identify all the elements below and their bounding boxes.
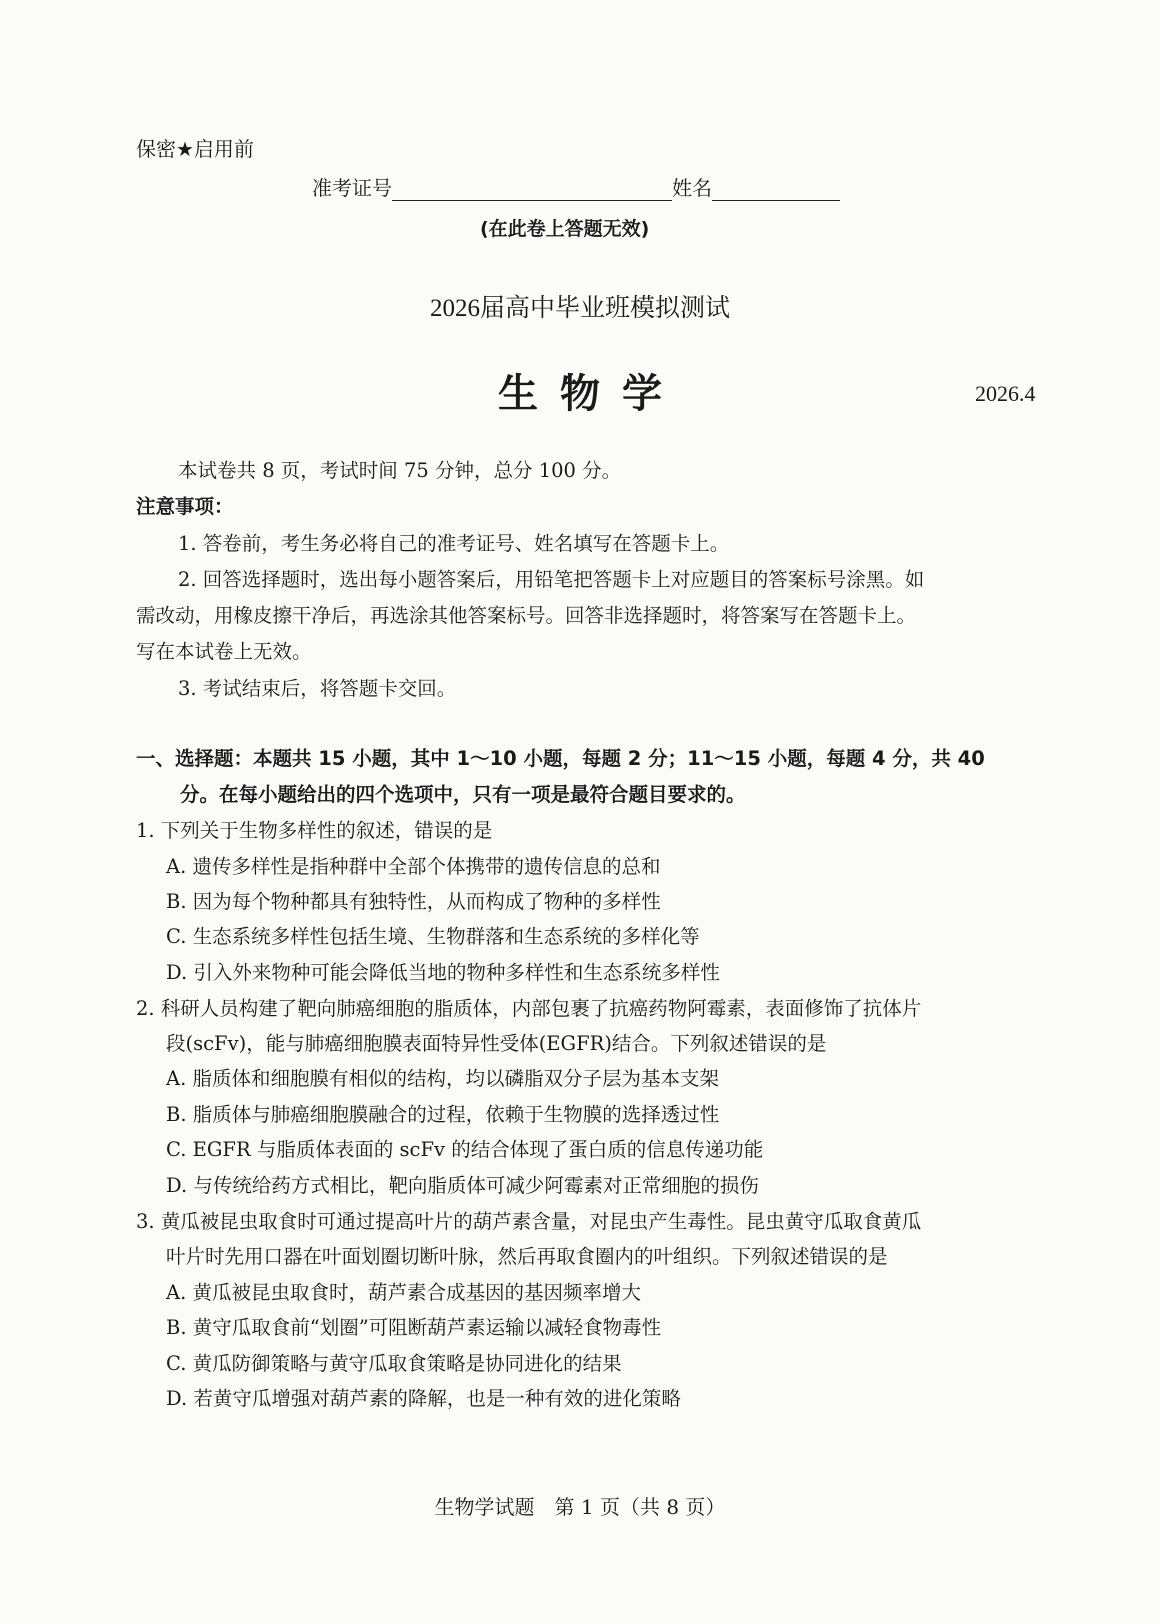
question-option: C. 生态系统多样性包括生境、生物群落和生态系统的多样化等: [166, 921, 700, 949]
section-heading-continued: 分。在每小题给出的四个选项中，只有一项是最符合题目要求的。: [180, 779, 746, 807]
exam-id-label: 准考证号: [312, 172, 392, 201]
question-option: D. 与传统给药方式相比，靶向脂质体可减少阿霉素对正常细胞的损伤: [166, 1170, 759, 1198]
question-option: A. 遗传多样性是指种群中全部个体携带的遗传信息的总和: [166, 851, 660, 879]
candidate-info-row: 准考证号 姓名: [312, 172, 840, 201]
exam-intro: 本试卷共 8 页，考试时间 75 分钟，总分 100 分。: [178, 455, 621, 483]
question-option: C. 黄瓜防御策略与黄守瓜取食策略是协同进化的结果: [166, 1348, 622, 1376]
note-item: 2. 回答选择题时，选出每小题答案后，用铅笔把答题卡上对应题目的答案标号涂黑。如: [178, 564, 924, 592]
question-option: B. 黄守瓜取食前“划圈”可阻断葫芦素运输以减轻食物毒性: [166, 1312, 661, 1340]
exam-id-blank: [392, 176, 672, 201]
question-option: B. 因为每个物种都具有独特性，从而构成了物种的多样性: [166, 886, 661, 914]
notes-heading: 注意事项：: [136, 491, 234, 519]
exam-date: 2026.4: [975, 381, 1036, 407]
question-option: A. 脂质体和细胞膜有相似的结构，均以磷脂双分子层为基本支架: [166, 1063, 719, 1091]
question-option: B. 脂质体与肺癌细胞膜融合的过程，依赖于生物膜的选择透过性: [166, 1099, 719, 1127]
note-item: 1. 答卷前，考生务必将自己的准考证号、姓名填写在答题卡上。: [178, 528, 729, 556]
exam-title: 2026届高中毕业班模拟测试: [0, 288, 1160, 324]
invalid-answer-note: (在此卷上答题无效): [480, 214, 649, 241]
note-item: 3. 考试结束后，将答题卡交回。: [178, 673, 456, 701]
section-heading: 一、选择题：本题共 15 小题，其中 1～10 小题，每题 2 分；11～15 …: [136, 743, 985, 771]
question-option: A. 黄瓜被昆虫取食时，葫芦素合成基因的基因频率增大: [166, 1277, 641, 1305]
question-stem-continued: 段(scFv)，能与肺癌细胞膜表面特异性受体(EGFR)结合。下列叙述错误的是: [166, 1028, 826, 1056]
question-stem-continued: 叶片时先用口器在叶面划圈切断叶脉，然后再取食圈内的叶组织。下列叙述错误的是: [166, 1241, 888, 1269]
question-stem: 3. 黄瓜被昆虫取食时可通过提高叶片的葫芦素含量，对昆虫产生毒性。昆虫黄守瓜取食…: [136, 1206, 921, 1234]
question-stem: 1. 下列关于生物多样性的叙述，错误的是: [136, 815, 492, 843]
question-stem: 2. 科研人员构建了靶向肺癌细胞的脂质体，内部包裹了抗癌药物阿霉素，表面修饰了抗…: [136, 993, 921, 1021]
note-item-continued: 写在本试卷上无效。: [136, 636, 312, 664]
question-option: D. 引入外来物种可能会降低当地的物种多样性和生态系统多样性: [166, 957, 720, 985]
name-label: 姓名: [672, 172, 712, 201]
name-blank: [712, 176, 840, 201]
question-option: D. 若黄守瓜增强对葫芦素的降解，也是一种有效的进化策略: [166, 1383, 681, 1411]
question-option: C. EGFR 与脂质体表面的 scFv 的结合体现了蛋白质的信息传递功能: [166, 1134, 763, 1162]
confidential-label: 保密★启用前: [136, 133, 254, 162]
note-item-continued: 需改动，用橡皮擦干净后，再选涂其他答案标号。回答非选择题时，将答案写在答题卡上。: [136, 600, 916, 628]
page-footer: 生物学试题 第 1 页（共 8 页）: [0, 1491, 1160, 1520]
